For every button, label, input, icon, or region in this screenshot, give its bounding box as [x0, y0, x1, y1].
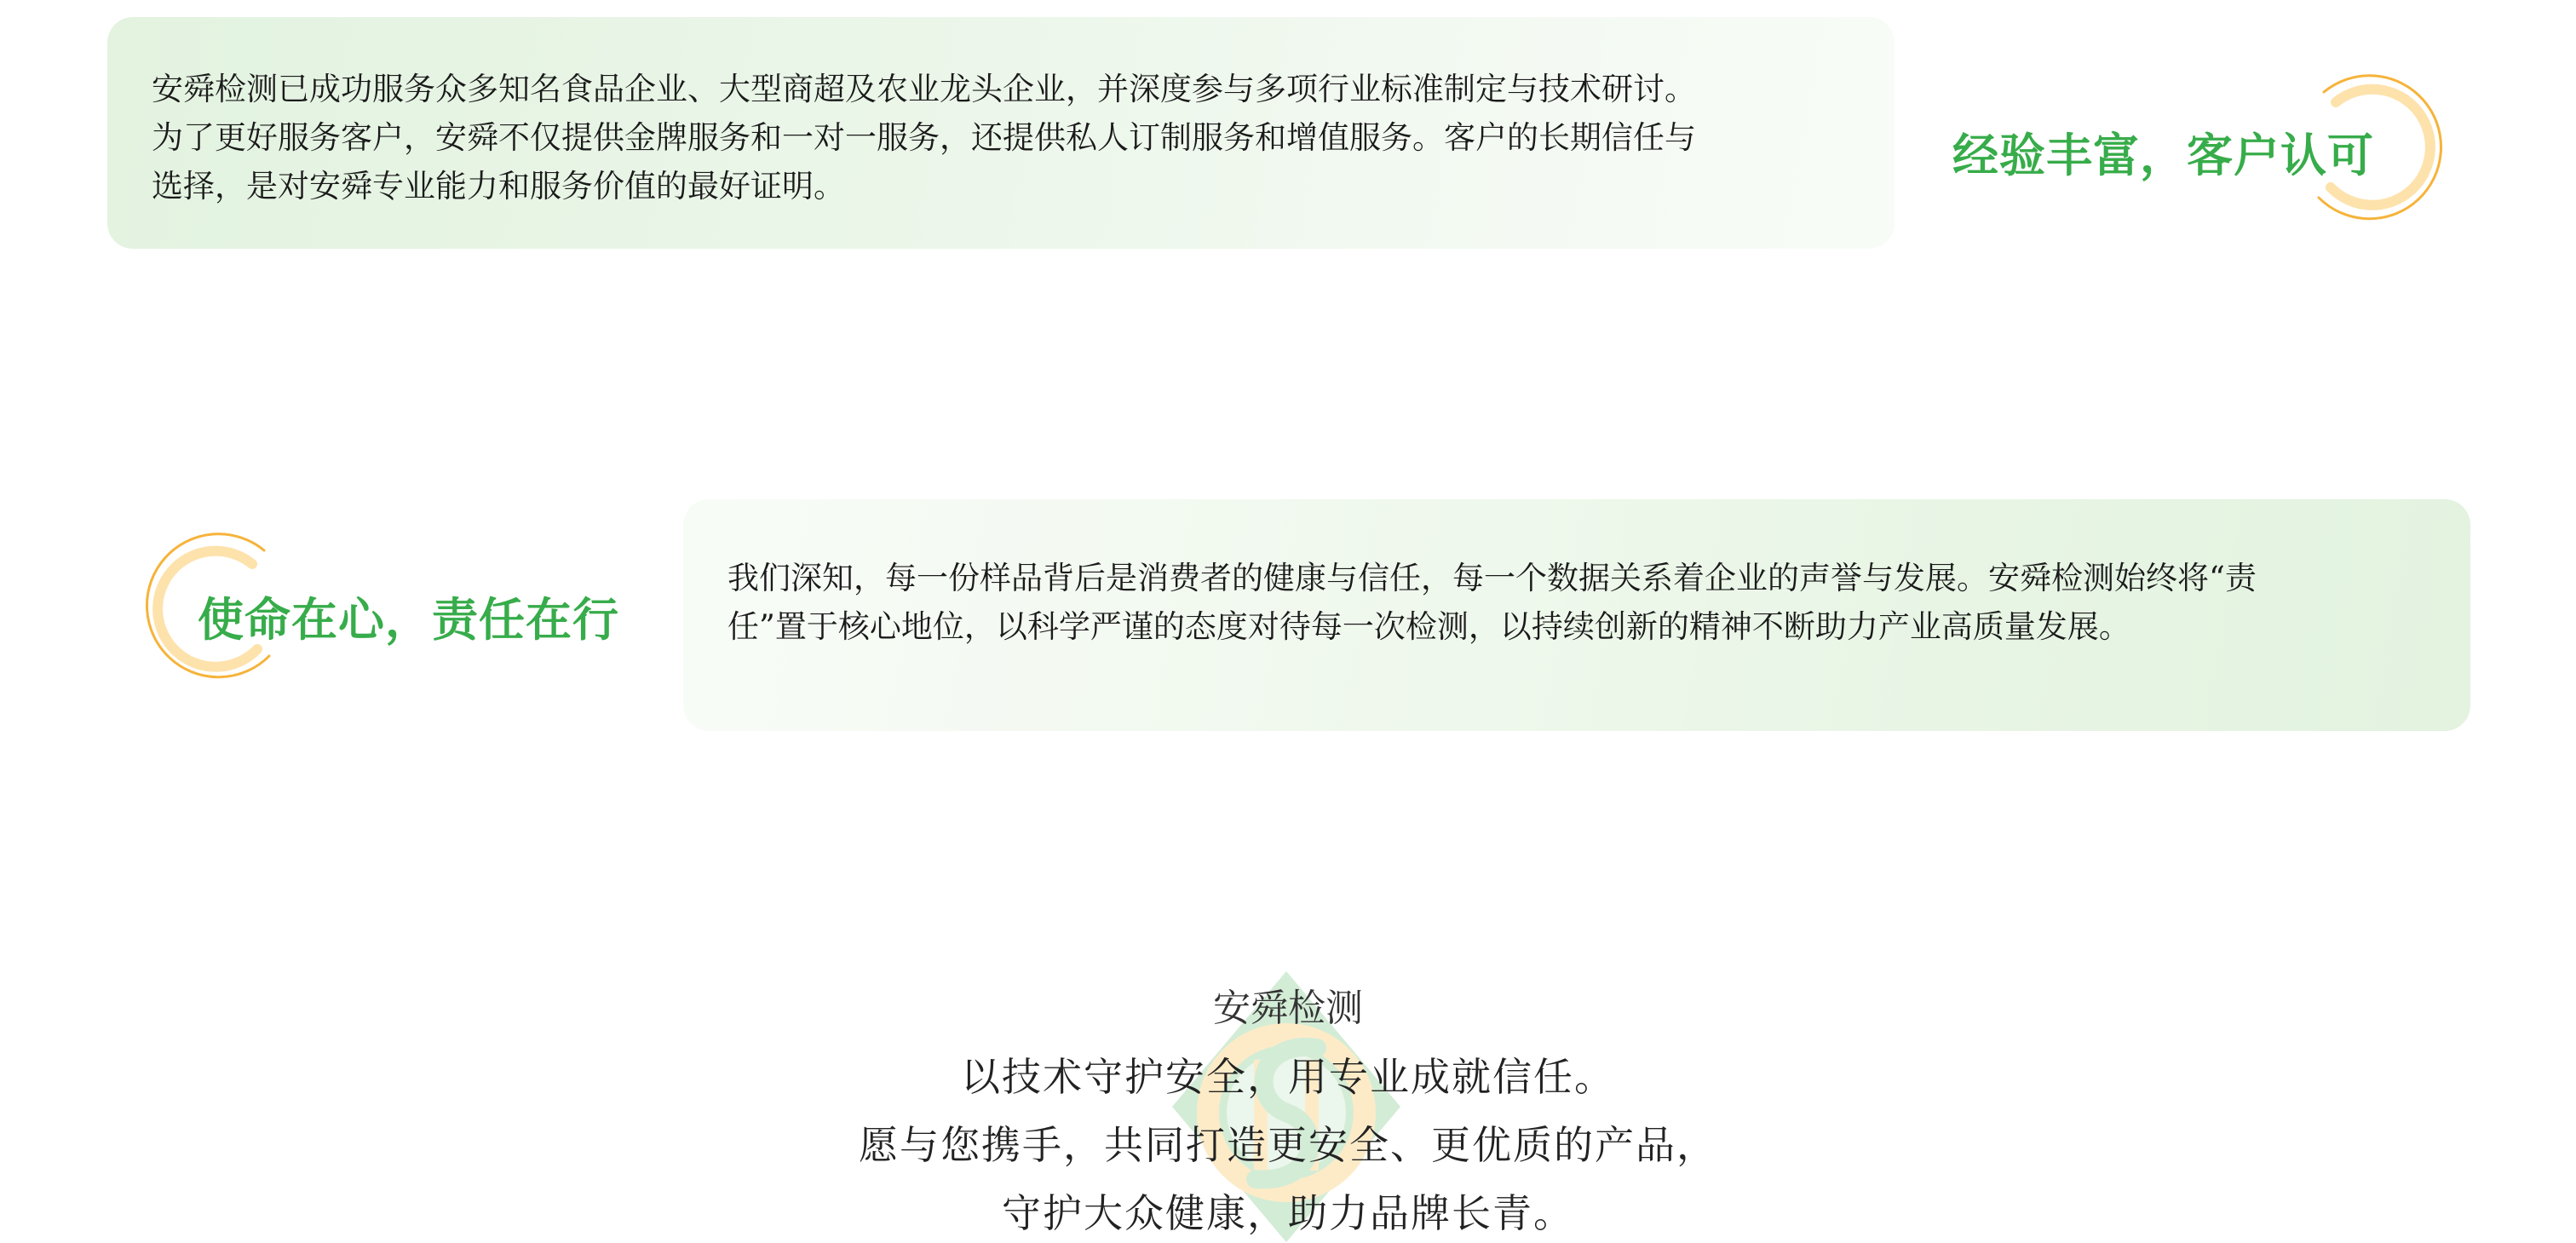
section-2-body: 我们深知，每一份样品背后是消费者的健康与信任，每一个数据关系着企业的声誉与发展。… [727, 554, 2257, 651]
section-1-body-line: 选择，是对安舜专业能力和服务价值的最好证明。 [152, 162, 1696, 210]
section-2-body-line: 我们深知，每一份样品背后是消费者的健康与信任，每一个数据关系着企业的声誉与发展。… [727, 554, 2257, 602]
section-1-body-line: 为了更好服务客户，安舜不仅提供金牌服务和一对一服务，还提供私人订制服务和增值服务… [152, 113, 1696, 162]
section-1-title: 经验丰富，客户认可 [1952, 119, 2374, 185]
section-2-panel: 我们深知，每一份样品背后是消费者的健康与信任，每一个数据关系着企业的声誉与发展。… [683, 499, 2470, 731]
closing-brand: 安舜检测 [0, 985, 2576, 1033]
section-2-body-line: 任”置于核心地位，以科学严谨的态度对待每一次检测，以持续创新的精神不断助力产业高… [727, 602, 2257, 651]
closing-line: 愿与您携手，共同打造更安全、更优质的产品， [0, 1119, 2576, 1171]
closing-line: 以技术守护安全，用专业成就信任。 [0, 1051, 2576, 1102]
section-1-panel: 安舜检测已成功服务众多知名食品企业、大型商超及农业龙头企业，并深度参与多项行业标… [107, 17, 1895, 249]
closing-line: 守护大众健康，助力品牌长青。 [0, 1188, 2576, 1239]
section-1-body-line: 安舜检测已成功服务众多知名食品企业、大型商超及农业龙头企业，并深度参与多项行业标… [152, 65, 1696, 113]
closing-statement: 安舜检测 以技术守护安全，用专业成就信任。 愿与您携手，共同打造更安全、更优质的… [0, 963, 2576, 1243]
section-2-title: 使命在心，责任在行 [198, 584, 619, 649]
section-1-body: 安舜检测已成功服务众多知名食品企业、大型商超及农业龙头企业，并深度参与多项行业标… [152, 65, 1696, 210]
